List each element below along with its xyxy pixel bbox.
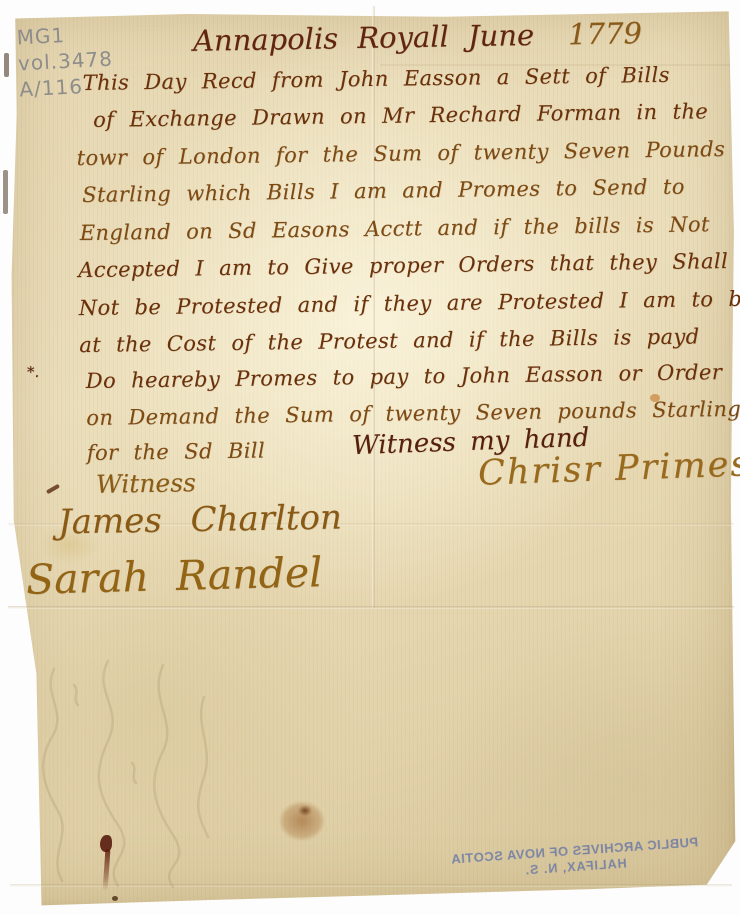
body-line: towr of London for the Sum of twenty Sev… (77, 137, 726, 170)
witness-label: Witness (96, 468, 196, 499)
document-scan: MG1 vol.3478 A/116 Annapolis Royall June… (0, 0, 740, 915)
signature-james-charlton: James Charlton (58, 498, 343, 543)
body-line: Accepted I am to Give proper Orders that… (78, 249, 728, 282)
body-line: Do heareby Promes to pay to John Easson … (86, 360, 723, 393)
body-line: Not be Protested and if they are Protest… (79, 287, 740, 320)
body-line: at the Cost of the Protest and if the Bi… (79, 324, 700, 357)
body-line: of Exchange Drawn on Mr Rechard Forman i… (93, 99, 708, 132)
body-line: for the Sd Bill (87, 438, 266, 464)
signature-sarah-randel: Sarah Randel (25, 548, 322, 604)
body-line: on Demand the Sum of twenty Seven pounds… (86, 397, 740, 430)
body-line: England on Sd Easons Acctt and if the bi… (80, 212, 710, 245)
body-line: Starling which Bills I am and Promes to … (82, 175, 685, 207)
body-line: This Day Recd from John Easson a Sett of… (82, 63, 669, 95)
margin-mark: *. (27, 363, 39, 381)
